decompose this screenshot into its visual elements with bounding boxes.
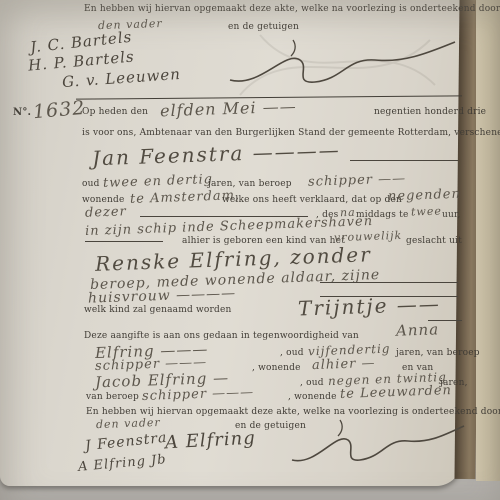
- witness2-wonende-label: , wonende: [288, 392, 337, 402]
- profession-label: jaren, van beroep: [208, 179, 292, 189]
- registrar-intro: is voor ons, Ambtenaar van den Burgerlij…: [82, 128, 500, 138]
- geslacht-printed: geslacht uit: [406, 236, 462, 246]
- act-number: 1632: [32, 97, 86, 123]
- act-number-label: N°.: [13, 107, 31, 118]
- day-handwritten: negenden: [388, 187, 461, 205]
- witness1-profession-label: jaren, van beroep: [396, 348, 480, 358]
- blank-rule: [320, 282, 458, 283]
- child-name-handwritten: Trijntje ——: [298, 292, 442, 321]
- residence-label: wonende: [82, 195, 125, 205]
- age-label: oud: [82, 179, 100, 189]
- witness1-oud-label: , oud: [280, 348, 304, 358]
- official-signature-flourish: [225, 32, 460, 90]
- witness2-oud-label: , oud: [300, 378, 324, 388]
- blank-rule: [85, 241, 163, 242]
- dezer-handwritten: dezer: [85, 204, 127, 220]
- witness-intro-printed: Deze aangifte is aan ons gedaan in tegen…: [84, 331, 359, 341]
- declaration-printed: welke ons heeft verklaard, dat op den: [222, 195, 402, 205]
- father-note: den vader: [96, 416, 161, 431]
- date-printed-year: negentien honderd drie: [374, 107, 486, 117]
- blank-rule: [350, 160, 458, 161]
- witness2-beroep-label: van beroep: [86, 392, 139, 402]
- witness1-residence: alhier —: [312, 356, 376, 373]
- previous-act-witness-note: en de getuigen: [228, 22, 299, 32]
- register-photo: En hebben wij hiervan opgemaakt deze akt…: [0, 0, 500, 500]
- previous-act-closing: En hebben wij hiervan opgemaakt deze akt…: [84, 4, 500, 14]
- witness1-wonende-label: , wonende: [252, 363, 301, 373]
- witness1-firstname: Anna: [396, 320, 440, 339]
- date-printed-prefix: Op heden den: [82, 107, 148, 117]
- uur-label: uur,: [442, 210, 461, 220]
- official-signature-flourish: [288, 414, 468, 469]
- childname-label: welk kind zal genaamd worden: [84, 305, 232, 315]
- hour-handwritten: twee: [411, 204, 442, 218]
